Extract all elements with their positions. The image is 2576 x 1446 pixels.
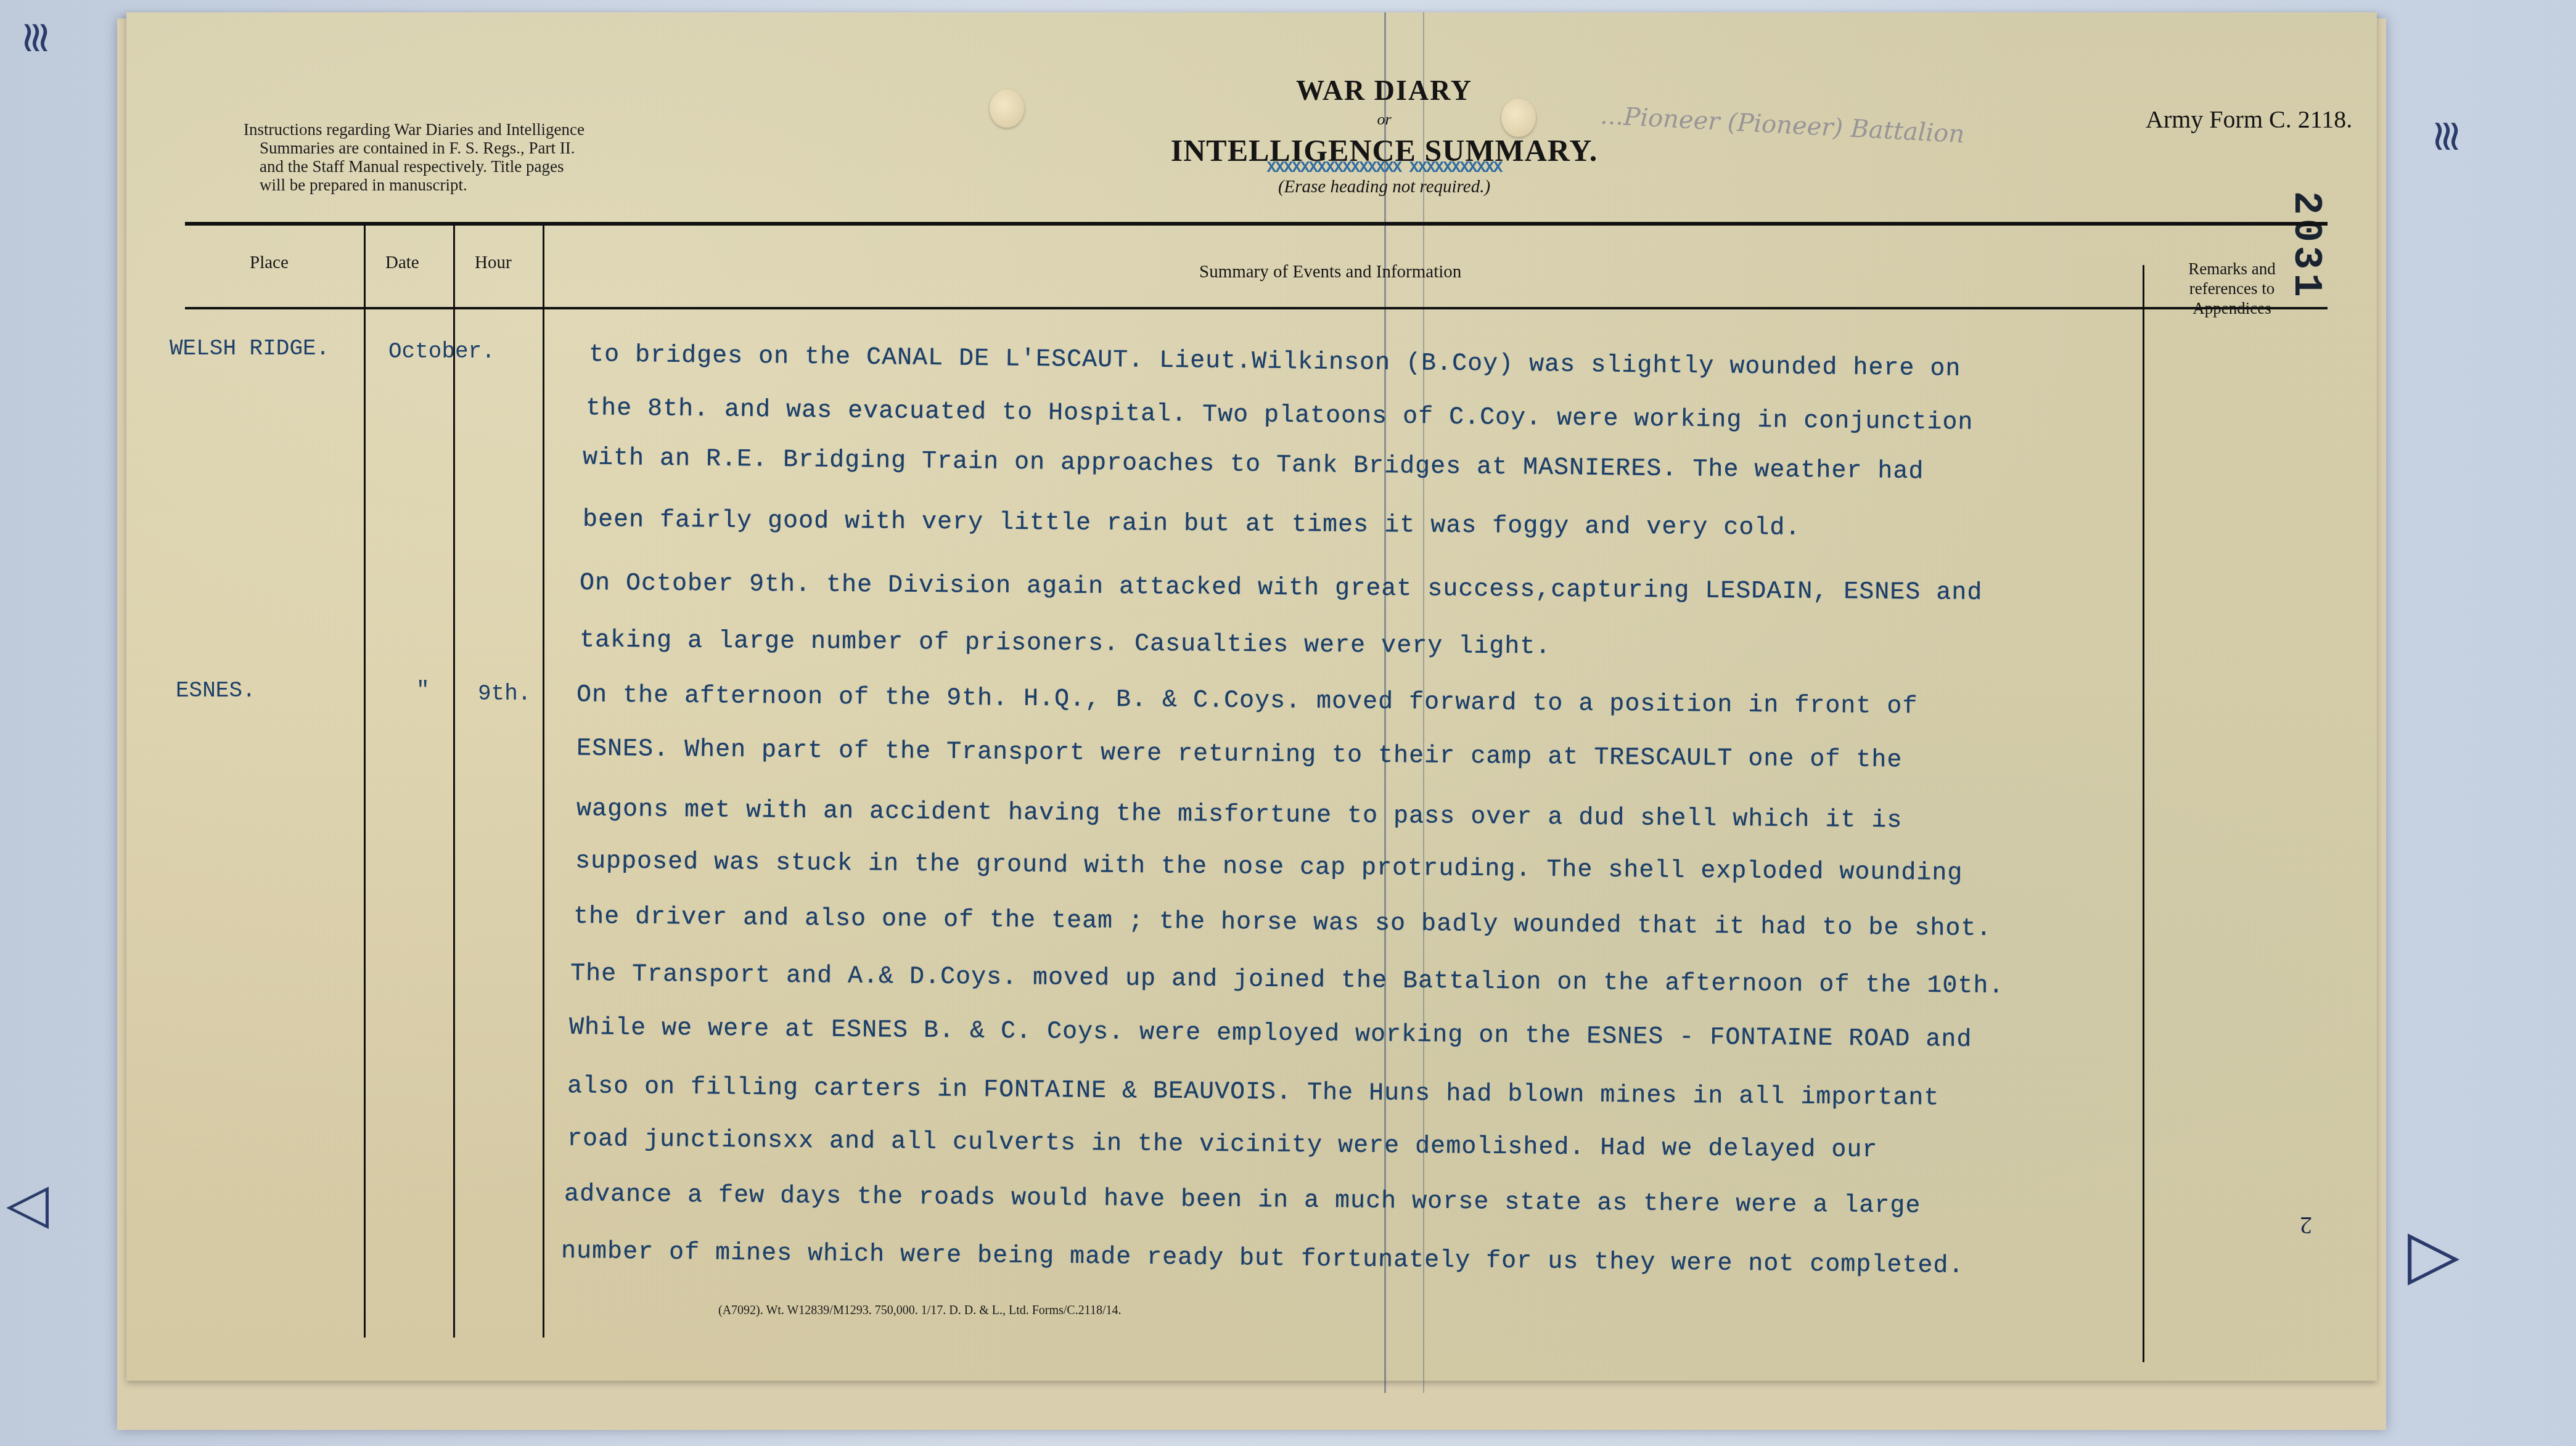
column-divider-hour	[543, 225, 544, 1338]
summary-line: the driver and also one of the team ; th…	[573, 903, 1992, 943]
summary-line: wagons met with an accident having the m…	[576, 796, 1903, 835]
column-header-summary: Summary of Events and Information	[1199, 262, 1461, 282]
column-divider-place	[364, 225, 366, 1338]
instructions-line: will be prepared in manuscript.	[244, 176, 749, 194]
erase-heading-note: (Erase heading not required.)	[983, 177, 1785, 197]
form-instructions: Instructions regarding War Diaries and I…	[244, 120, 749, 194]
title-war-diary: WAR DIARY	[983, 74, 1785, 107]
remarks-header-line: references to	[2149, 279, 2315, 298]
header-top-rule	[185, 222, 2328, 226]
summary-line: road junctionsxx and all culverts in the…	[567, 1125, 1878, 1165]
summary-line: the 8th. and was evacuated to Hospital. …	[586, 394, 1974, 437]
column-header-place: Place	[250, 253, 289, 273]
summary-line: advance a few days the roads would have …	[564, 1180, 1921, 1220]
document-title: WAR DIARY or INTELLIGENCE SUMMARY. XXXXX…	[983, 74, 1785, 197]
column-divider-remarks	[2143, 265, 2144, 1362]
war-diary-page: Instructions regarding War Diaries and I…	[126, 12, 2377, 1381]
instructions-line: and the Staff Manual respectively. Title…	[244, 157, 749, 176]
instructions-line: Summaries are contained in F. S. Regs., …	[244, 139, 749, 157]
summary-line: The Transport and A.& D.Coys. moved up a…	[570, 960, 2004, 1000]
summary-line: While we were at ESNES B. & C. Coys. wer…	[569, 1014, 1972, 1054]
summary-line: ESNES. When part of the Transport were r…	[576, 735, 1903, 775]
remarks-handwritten-number: 2	[2300, 1211, 2312, 1240]
summary-line: also on filling carters in FONTAINE & BE…	[567, 1072, 1940, 1112]
remarks-header-line: Appendices	[2149, 298, 2315, 318]
remarks-header-line: Remarks and	[2149, 259, 2315, 279]
summary-line: with an R.E. Bridging Train on approache…	[583, 444, 1924, 486]
summary-line: supposed was stuck in the ground with th…	[575, 848, 1963, 888]
erased-heading-marks: XXXXXXXXXXXXXXXX XXXXXXXXXXX	[1171, 158, 1598, 177]
summary-line: On October 9th. the Division again attac…	[580, 570, 1983, 607]
column-header-date: Date	[385, 253, 419, 273]
entry-place: WELSH RIDGE.	[170, 336, 329, 361]
entry-date: "	[416, 678, 430, 703]
summary-line: to bridges on the CANAL DE L'ESCAUT. Lie…	[589, 341, 1961, 383]
entry-date: October.	[388, 339, 495, 364]
instructions-line: Instructions regarding War Diaries and I…	[244, 120, 749, 139]
column-header-hour: Hour	[475, 253, 512, 273]
summary-line: been fairly good with very little rain b…	[583, 506, 1801, 542]
column-header-remarks: Remarks and references to Appendices	[2149, 259, 2315, 318]
background-pencil-mark: ▷	[2408, 1214, 2460, 1293]
background-pencil-mark: ≋	[11, 20, 62, 56]
printer-imprint: (A7092). Wt. W12839/M1293. 750,000. 1/17…	[718, 1304, 1122, 1318]
title-intelligence-summary: INTELLIGENCE SUMMARY. XXXXXXXXXXXXXXXX X…	[1171, 133, 1598, 168]
army-form-number: Army Form C. 2118.	[2146, 105, 2352, 134]
background-pencil-mark: ≋	[2422, 118, 2472, 155]
summary-line: On the afternoon of the 9th. H.Q., B. & …	[576, 682, 1918, 721]
header-bottom-rule	[185, 307, 2328, 309]
entry-hour: 9th.	[478, 681, 531, 706]
summary-line: taking a large number of prisoners. Casu…	[580, 627, 1551, 661]
summary-line: number of mines which were being made re…	[561, 1238, 1964, 1280]
entry-place: ESNES.	[176, 678, 256, 703]
background-pencil-mark: ◁	[6, 1171, 49, 1236]
column-divider-date	[453, 225, 455, 1338]
